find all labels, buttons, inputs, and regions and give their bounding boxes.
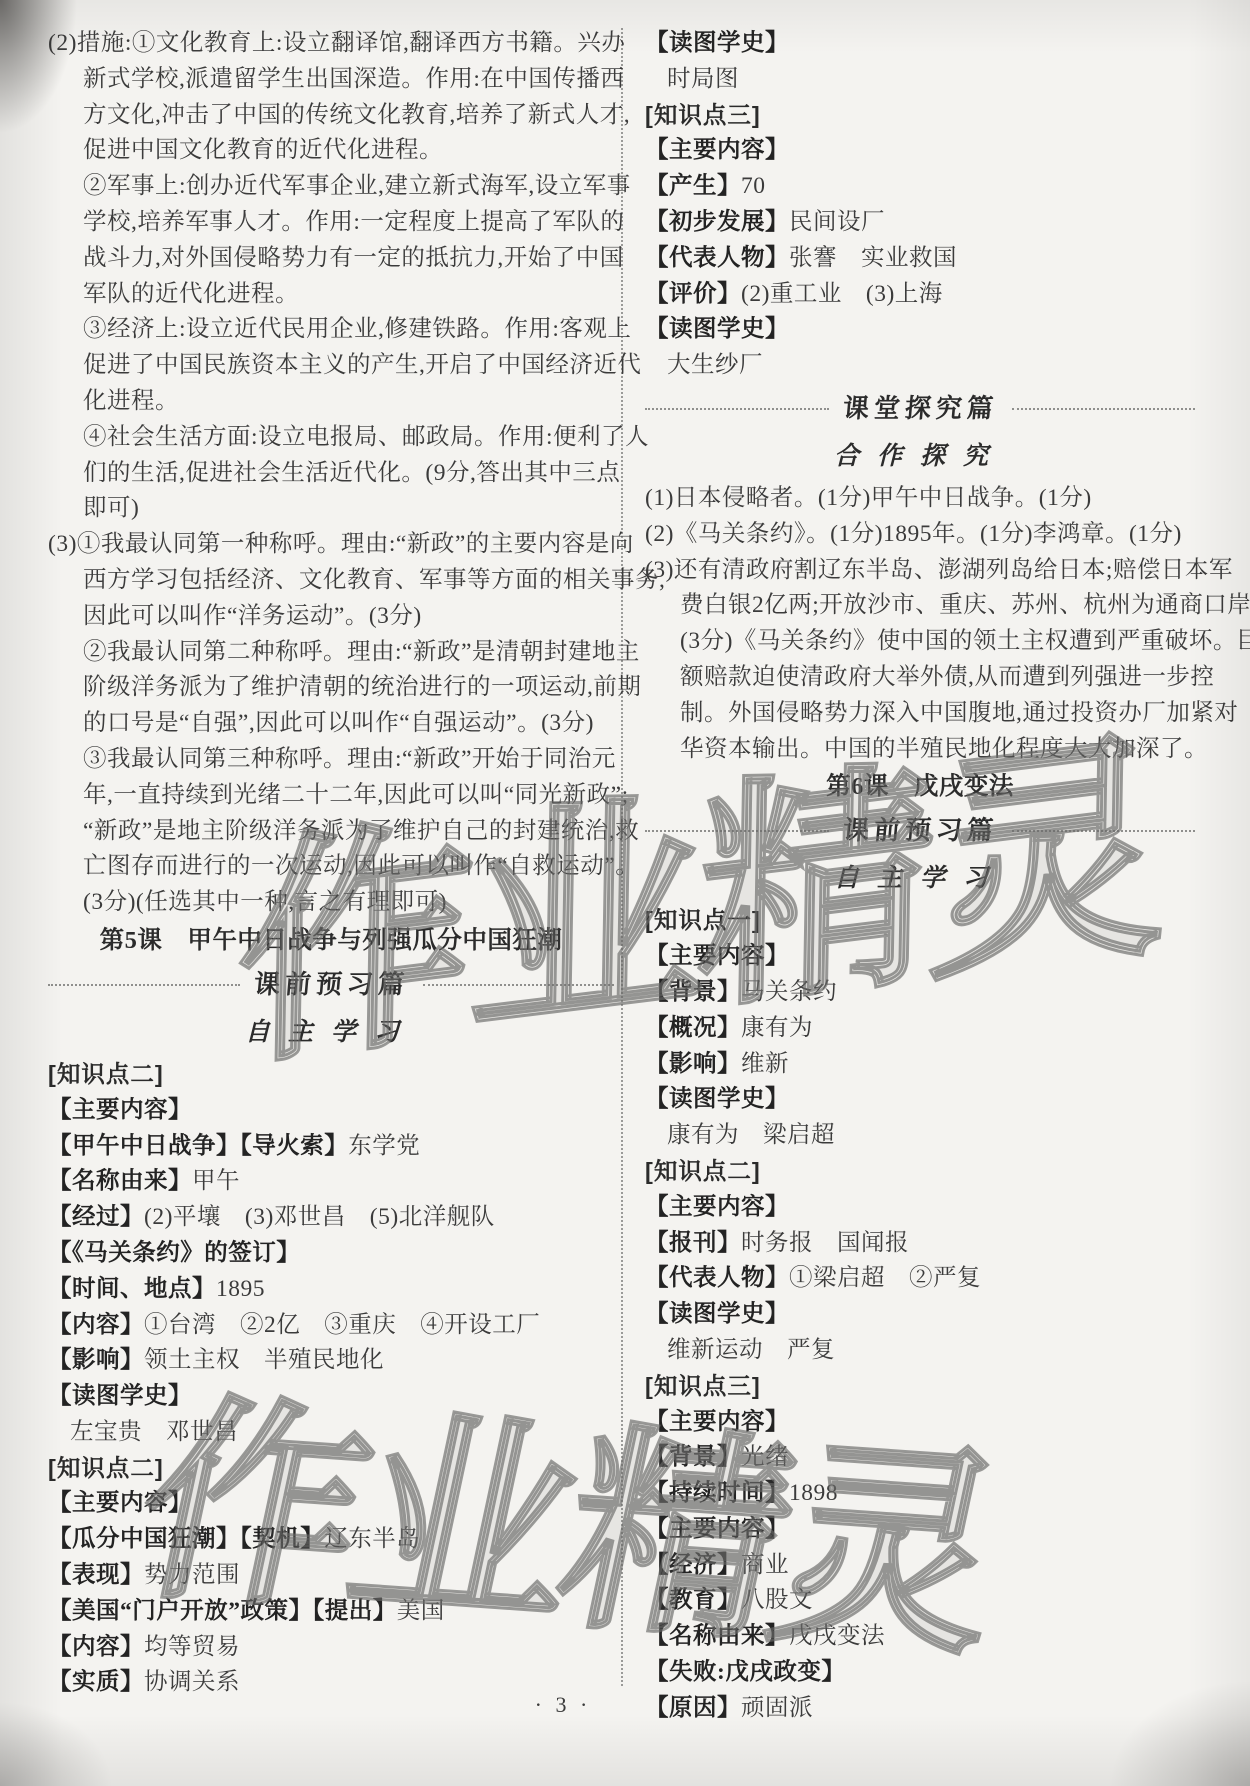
label-line: 【背景】马关条约 bbox=[645, 975, 1195, 1011]
text-line: 华资本输出。中国的半殖民地化程度大大加深了。 bbox=[645, 732, 1195, 768]
label-line: 【读图学史】 bbox=[645, 26, 1195, 62]
label-line: 【内容】均等贸易 bbox=[48, 1630, 614, 1666]
bracket-label: 【主要内容】 bbox=[645, 137, 789, 163]
section-band: 课前预习篇 bbox=[645, 808, 1195, 854]
label-line: 【甲午中日战争】【导火索】东学党 bbox=[48, 1129, 614, 1165]
dotted-rule bbox=[1012, 408, 1196, 410]
bracket-label: 【影响】 bbox=[48, 1347, 144, 1373]
label-line: 【影响】维新 bbox=[645, 1047, 1195, 1083]
label-line: 【内容】①台湾 ②2亿 ③重庆 ④开设工厂 bbox=[48, 1308, 614, 1344]
text-line: 军队的近代化进程。 bbox=[48, 277, 614, 313]
dotted-rule bbox=[645, 830, 829, 832]
text-line: 战斗力,对外国侵略势力有一定的抵抗力,开始了中国 bbox=[48, 241, 614, 277]
text-line: 的口号是“自强”,因此可以叫作“自强运动”。(3分) bbox=[48, 706, 614, 742]
answer-line: 维新运动 严复 bbox=[645, 1333, 1195, 1369]
bracket-label: 【主要内容】 bbox=[48, 1097, 192, 1123]
label-line: 【背景】光绪 bbox=[645, 1440, 1195, 1476]
bracket-label: 【评价】 bbox=[645, 281, 741, 307]
bracket-label: 【读图学史】 bbox=[645, 30, 789, 56]
text-line: 化进程。 bbox=[48, 384, 614, 420]
text-line: 西方学习包括经济、文化教育、军事等方面的相关事务, bbox=[48, 563, 614, 599]
bracket-label: 【初步发展】 bbox=[645, 209, 789, 235]
bracket-label: 【主要内容】 bbox=[645, 1194, 789, 1220]
knowledge-point-heading: [知识点二] bbox=[645, 1154, 1195, 1190]
bracket-label: 【读图学史】 bbox=[645, 1301, 789, 1327]
label-line: 【产生】70 bbox=[645, 169, 1195, 205]
bracket-label: 【导火索】 bbox=[240, 1133, 348, 1159]
label-line: 【读图学史】 bbox=[645, 1297, 1195, 1333]
bracket-label: 【代表人物】 bbox=[645, 1265, 789, 1291]
text-line: (1)日本侵略者。(1分)甲午中日战争。(1分) bbox=[645, 481, 1195, 517]
text-line: ④社会生活方面:设立电报局、邮政局。作用:便利了人 bbox=[48, 420, 614, 456]
label-line: 【评价】(2)重工业 (3)上海 bbox=[645, 277, 1195, 313]
section-band: 课前预习篇 bbox=[48, 962, 614, 1008]
knowledge-point-heading: [知识点二] bbox=[48, 1057, 614, 1093]
section-band-label: 课堂探究篇 bbox=[826, 386, 1013, 432]
text-line: (3)还有清政府割辽东半岛、澎湖列岛给日本;赔偿日本军 bbox=[645, 553, 1195, 589]
text-line: 亡图存而进行的一次运动,因此可以叫作“自救运动”。 bbox=[48, 849, 614, 885]
answer-line: 大生纱厂 bbox=[645, 348, 1195, 384]
bracket-label: 【概况】 bbox=[645, 1015, 741, 1041]
text-line: 制。外国侵略势力深入中国腹地,通过投资办厂加紧对 bbox=[645, 696, 1195, 732]
text-line: 阶级洋务派为了维护清朝的统治进行的一项运动,前期 bbox=[48, 670, 614, 706]
right-column: 【读图学史】时局图[知识点三]【主要内容】【产生】70【初步发展】民间设厂【代表… bbox=[645, 26, 1195, 1727]
label-line: 【代表人物】张謇 实业救国 bbox=[645, 241, 1195, 277]
text-line: 促进中国文化教育的近代化进程。 bbox=[48, 133, 614, 169]
bracket-label: 【影响】 bbox=[645, 1051, 741, 1077]
text-line: (2)《马关条约》。(1分)1895年。(1分)李鸿章。(1分) bbox=[645, 517, 1195, 553]
subsection-title: 自主学习 bbox=[48, 1010, 614, 1056]
label-line: 【主要内容】 bbox=[48, 1486, 614, 1522]
bracket-label: 【内容】 bbox=[48, 1312, 144, 1338]
label-line: 【失败:戊戌政变】 bbox=[645, 1655, 1195, 1691]
label-line: 【主要内容】 bbox=[645, 1512, 1195, 1548]
bracket-label: 【主要内容】 bbox=[645, 1409, 789, 1435]
dotted-rule bbox=[1012, 830, 1196, 832]
label-line: 【表现】势力范围 bbox=[48, 1558, 614, 1594]
knowledge-point-heading: [知识点三] bbox=[645, 1369, 1195, 1405]
text-line: 方文化,冲击了中国的传统文化教育,培养了新式人才, bbox=[48, 98, 614, 134]
label-line: 【概况】康有为 bbox=[645, 1011, 1195, 1047]
label-line: 【代表人物】①梁启超 ②严复 bbox=[645, 1261, 1195, 1297]
text-line: 年,一直持续到光绪二十二年,因此可以叫“同光新政”; bbox=[48, 778, 614, 814]
text-line: 学校,培养军事人才。作用:一定程度上提高了军队的 bbox=[48, 205, 614, 241]
label-line: 【瓜分中国狂潮】【契机】辽东半岛 bbox=[48, 1522, 614, 1558]
label-line: 【持续时间】1898 bbox=[645, 1476, 1195, 1512]
label-line: 【名称由来】甲午 bbox=[48, 1164, 614, 1200]
label-line: 【《马关条约》的签订】 bbox=[48, 1236, 614, 1272]
bracket-label: 【实质】 bbox=[48, 1669, 144, 1695]
subsection-title: 合作探究 bbox=[645, 434, 1195, 480]
dotted-rule bbox=[645, 408, 829, 410]
label-line: 【读图学史】 bbox=[645, 312, 1195, 348]
label-line: 【主要内容】 bbox=[645, 1405, 1195, 1441]
bracket-label: 【读图学史】 bbox=[645, 1086, 789, 1112]
bracket-label: 【主要内容】 bbox=[645, 1516, 789, 1542]
bracket-label: 【代表人物】 bbox=[645, 245, 789, 271]
label-line: 【主要内容】 bbox=[645, 1190, 1195, 1226]
text-line: 新式学校,派遣留学生出国深造。作用:在中国传播西 bbox=[48, 62, 614, 98]
knowledge-point-heading: [知识点一] bbox=[645, 903, 1195, 939]
bracket-label: 【经济】 bbox=[645, 1552, 741, 1578]
label-line: 【时间、地点】1895 bbox=[48, 1272, 614, 1308]
label-line: 【名称由来】戊戌变法 bbox=[645, 1619, 1195, 1655]
bracket-label: 【教育】 bbox=[645, 1587, 741, 1613]
label-line: 【经过】(2)平壤 (3)邓世昌 (5)北洋舰队 bbox=[48, 1200, 614, 1236]
page-number: · 3 · bbox=[488, 1692, 638, 1718]
bracket-label: 【表现】 bbox=[48, 1562, 144, 1588]
dotted-rule bbox=[423, 984, 615, 986]
text-line: 额赔款迫使清政府大举外债,从而遭到列强进一步控 bbox=[645, 660, 1195, 696]
bracket-label: 【报刊】 bbox=[645, 1230, 741, 1256]
lesson-title: 第6课 戊戌变法 bbox=[645, 768, 1195, 806]
section-band: 课堂探究篇 bbox=[645, 386, 1195, 432]
bracket-label: 【持续时间】 bbox=[645, 1480, 789, 1506]
bracket-label: 【内容】 bbox=[48, 1634, 144, 1660]
label-line: 【影响】领土主权 半殖民地化 bbox=[48, 1343, 614, 1379]
label-line: 【主要内容】 bbox=[48, 1093, 614, 1129]
text-line: 促进了中国民族资本主义的产生,开启了中国经济近代 bbox=[48, 348, 614, 384]
bracket-label: 【契机】 bbox=[240, 1526, 324, 1552]
label-line: 【经济】商业 bbox=[645, 1548, 1195, 1584]
bracket-label: 【经过】 bbox=[48, 1204, 144, 1230]
bracket-label: 【瓜分中国狂潮】 bbox=[48, 1526, 240, 1552]
label-line: 【读图学史】 bbox=[645, 1082, 1195, 1118]
bracket-label: 【背景】 bbox=[645, 979, 741, 1005]
text-line: ②我最认同第二种称呼。理由:“新政”是清朝封建地主 bbox=[48, 635, 614, 671]
left-column: (2)措施:①文化教育上:设立翻译馆,翻译西方书籍。兴办新式学校,派遣留学生出国… bbox=[48, 26, 614, 1701]
label-line: 【美国“门户开放”政策】【提出】美国 bbox=[48, 1594, 614, 1630]
bracket-label: 【产生】 bbox=[645, 173, 741, 199]
label-line: 【主要内容】 bbox=[645, 133, 1195, 169]
bracket-label: 【读图学史】 bbox=[645, 316, 789, 342]
text-line: ③我最认同第三种称呼。理由:“新政”开始于同治元 bbox=[48, 742, 614, 778]
text-line: (3分)《马关条约》使中国的领土主权遭到严重破坏。巨 bbox=[645, 624, 1195, 660]
bracket-label: 【美国“门户开放”政策】 bbox=[48, 1598, 313, 1624]
bracket-label: 【名称由来】 bbox=[645, 1623, 789, 1649]
bracket-label: 【原因】 bbox=[645, 1695, 741, 1721]
dotted-rule bbox=[48, 984, 240, 986]
bracket-label: 【主要内容】 bbox=[48, 1490, 192, 1516]
text-line: 因此可以叫作“洋务运动”。(3分) bbox=[48, 599, 614, 635]
text-line: 们的生活,促进社会生活近代化。(9分,答出其中三点 bbox=[48, 456, 614, 492]
bracket-label: 【时间、地点】 bbox=[48, 1276, 216, 1302]
bracket-label: 【甲午中日战争】 bbox=[48, 1133, 240, 1159]
label-line: 【主要内容】 bbox=[645, 939, 1195, 975]
text-line: ②军事上:创办近代军事企业,建立新式海军,设立军事 bbox=[48, 169, 614, 205]
knowledge-point-heading: [知识点二] bbox=[48, 1451, 614, 1487]
label-line: 【读图学史】 bbox=[48, 1379, 614, 1415]
text-line: “新政”是地主阶级洋务派为了维护自己的封建统治,救 bbox=[48, 814, 614, 850]
label-line: 【原因】顽固派 bbox=[645, 1691, 1195, 1727]
answer-line: 时局图 bbox=[645, 62, 1195, 98]
section-band-label: 课前预习篇 bbox=[826, 808, 1013, 854]
text-line: (3分)(任选其中一种,言之有理即可) bbox=[48, 885, 614, 921]
text-line: 费白银2亿两;开放沙市、重庆、苏州、杭州为通商口岸。 bbox=[645, 588, 1195, 624]
text-line: ③经济上:设立近代民用企业,修建铁路。作用:客观上 bbox=[48, 312, 614, 348]
subsection-title: 自主学习 bbox=[645, 856, 1195, 902]
label-line: 【初步发展】民间设厂 bbox=[645, 205, 1195, 241]
label-line: 【报刊】时务报 国闻报 bbox=[645, 1226, 1195, 1262]
lesson-title: 第5课 甲午中日战争与列强瓜分中国狂潮 bbox=[48, 922, 614, 960]
bracket-label: 【主要内容】 bbox=[645, 943, 789, 969]
section-band-label: 课前预习篇 bbox=[237, 962, 424, 1008]
knowledge-point-heading: [知识点三] bbox=[645, 98, 1195, 134]
bracket-label: 【《马关条约》的签订】 bbox=[48, 1240, 300, 1266]
bracket-label: 【读图学史】 bbox=[48, 1383, 192, 1409]
bracket-label: 【名称由来】 bbox=[48, 1168, 192, 1194]
answer-line: 康有为 梁启超 bbox=[645, 1118, 1195, 1154]
text-line: (2)措施:①文化教育上:设立翻译馆,翻译西方书籍。兴办 bbox=[48, 26, 614, 62]
text-line: (3)①我最认同第一种称呼。理由:“新政”的主要内容是向 bbox=[48, 527, 614, 563]
label-line: 【教育】八股文 bbox=[645, 1583, 1195, 1619]
bracket-label: 【失败:戊戌政变】 bbox=[645, 1659, 845, 1685]
text-line: 即可) bbox=[48, 491, 614, 527]
bracket-label: 【背景】 bbox=[645, 1444, 741, 1470]
bracket-label: 【提出】 bbox=[313, 1598, 397, 1624]
answer-line: 左宝贵 邓世昌 bbox=[48, 1415, 614, 1451]
